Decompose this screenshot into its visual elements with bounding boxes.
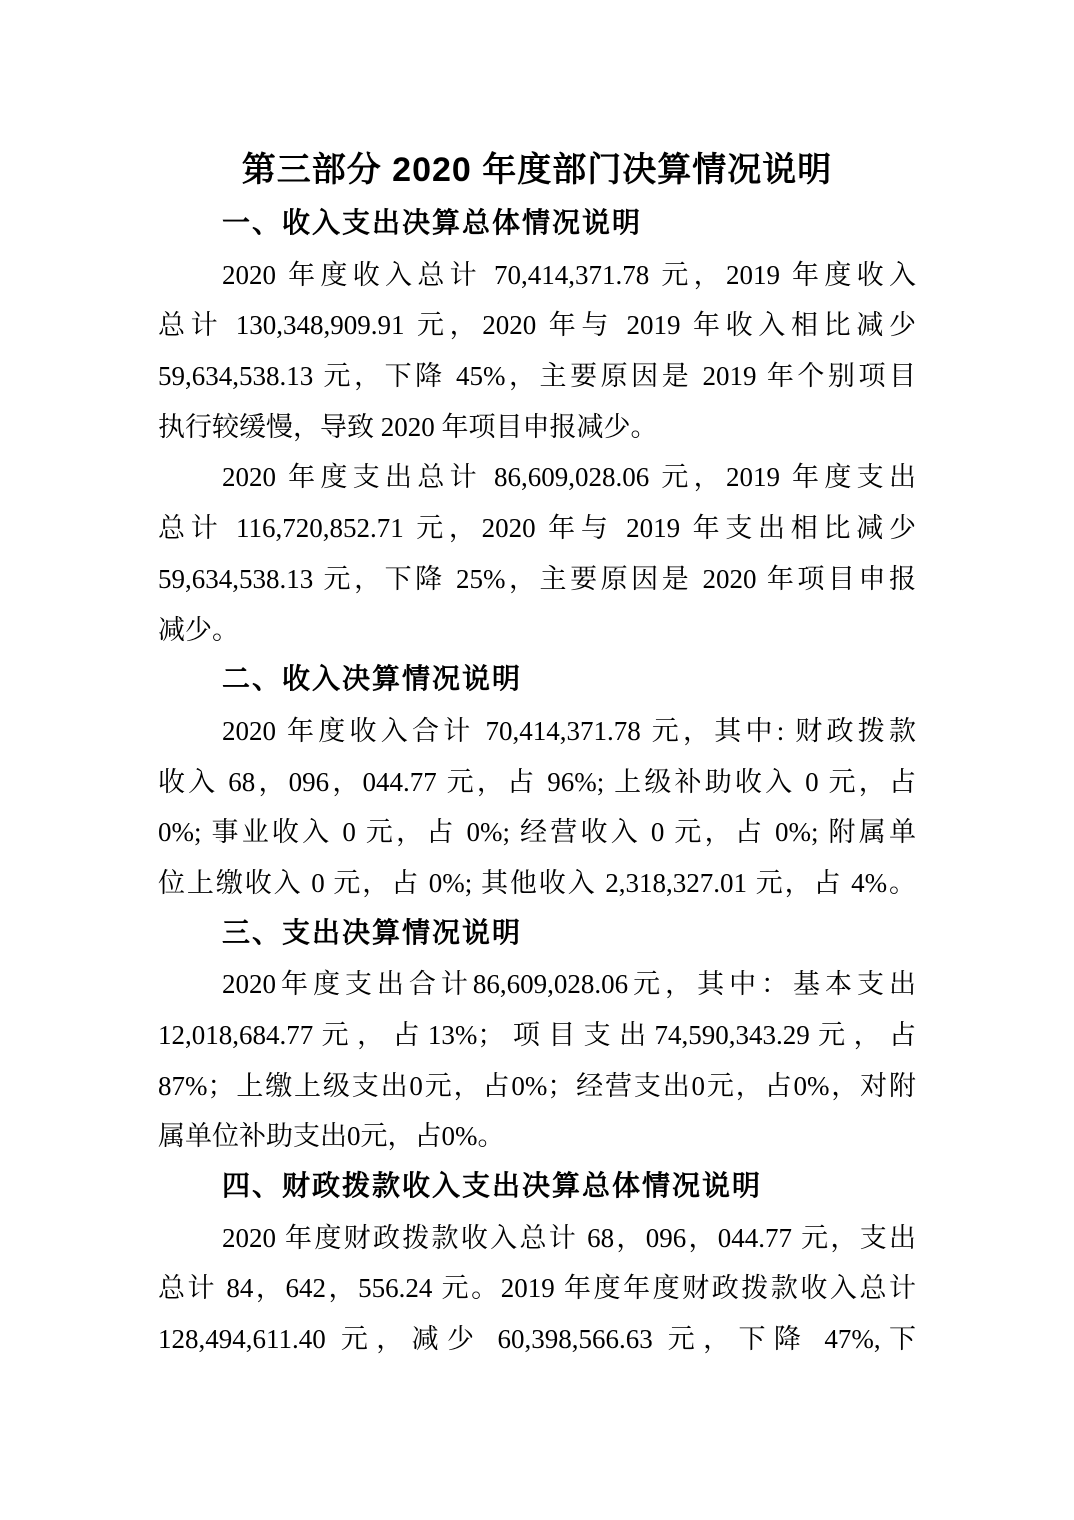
paragraph-income-totals: 2020 年度收入总计 70,414,371.78 元，2019 年度收入 总计… <box>158 250 916 453</box>
text-line: 总计 130,348,909.91 元，2020 年与 2019 年收入相比减少 <box>158 300 916 351</box>
text-line: 59,634,538.13 元，下降 45%，主要原因是 2019 年个别项目 <box>158 351 916 402</box>
section-expenditure-details: 三、支出决算情况说明 2020年度支出合计86,609,028.06元，其中：基… <box>158 909 916 1162</box>
text-line: 2020 年度支出总计 86,609,028.06 元，2019 年度支出 <box>158 452 916 503</box>
text-line: 属单位补助支出0元，占0%。 <box>158 1111 916 1162</box>
paragraph-fiscal-appropriation: 2020 年度财政拨款收入总计 68，096，044.77 元，支出 总计 84… <box>158 1213 916 1365</box>
text-line: 2020 年度收入总计 70,414,371.78 元，2019 年度收入 <box>158 250 916 301</box>
section-4-heading: 四、财政拨款收入支出决算总体情况说明 <box>158 1162 916 1213</box>
text-line: 128,494,611.40 元，减少 60,398,566.63 元，下降 4… <box>158 1314 916 1365</box>
text-line: 总计 84，642，556.24 元。2019 年度年度财政拨款收入总计 <box>158 1263 916 1314</box>
section-3-heading: 三、支出决算情况说明 <box>158 909 916 960</box>
paragraph-income-breakdown: 2020 年度收入合计 70,414,371.78 元，其中: 财政拨款 收入 … <box>158 706 916 909</box>
text-line: 执行较缓慢，导致 2020 年项目申报减少。 <box>158 402 916 453</box>
section-fiscal-appropriation-overview: 四、财政拨款收入支出决算总体情况说明 2020 年度财政拨款收入总计 68，09… <box>158 1162 916 1365</box>
text-line: 总计 116,720,852.71 元，2020 年与 2019 年支出相比减少 <box>158 503 916 554</box>
text-line: 减少。 <box>158 605 916 656</box>
document-page: 第三部分 2020 年度部门决算情况说明 一、收入支出决算总体情况说明 2020… <box>0 0 1074 1520</box>
text-line: 位上缴收入 0 元，占 0%; 其他收入 2,318,327.01 元，占 4%… <box>158 858 916 909</box>
document-title: 第三部分 2020 年度部门决算情况说明 <box>158 141 916 199</box>
section-income-expenditure-overview: 一、收入支出决算总体情况说明 2020 年度收入总计 70,414,371.78… <box>158 199 916 655</box>
paragraph-expenditure-totals: 2020 年度支出总计 86,609,028.06 元，2019 年度支出 总计… <box>158 452 916 655</box>
text-line: 87%；上缴上级支出0元，占0%；经营支出0元，占0%，对附 <box>158 1061 916 1112</box>
text-line: 12,018,684.77元，占13%；项目支出74,590,343.29元，占 <box>158 1010 916 1061</box>
section-income-details: 二、收入决算情况说明 2020 年度收入合计 70,414,371.78 元，其… <box>158 655 916 908</box>
text-line: 收入 68，096，044.77 元，占 96%; 上级补助收入 0 元，占 <box>158 757 916 808</box>
section-2-heading: 二、收入决算情况说明 <box>158 655 916 706</box>
text-line: 59,634,538.13 元，下降 25%，主要原因是 2020 年项目申报 <box>158 554 916 605</box>
text-line: 2020 年度财政拨款收入总计 68，096，044.77 元，支出 <box>158 1213 916 1264</box>
section-1-heading: 一、收入支出决算总体情况说明 <box>158 199 916 250</box>
text-line: 2020 年度收入合计 70,414,371.78 元，其中: 财政拨款 <box>158 706 916 757</box>
text-line: 2020年度支出合计86,609,028.06元，其中：基本支出 <box>158 959 916 1010</box>
paragraph-expenditure-breakdown: 2020年度支出合计86,609,028.06元，其中：基本支出 12,018,… <box>158 959 916 1162</box>
text-line: 0%; 事业收入 0 元，占 0%; 经营收入 0 元，占 0%; 附属单 <box>158 807 916 858</box>
